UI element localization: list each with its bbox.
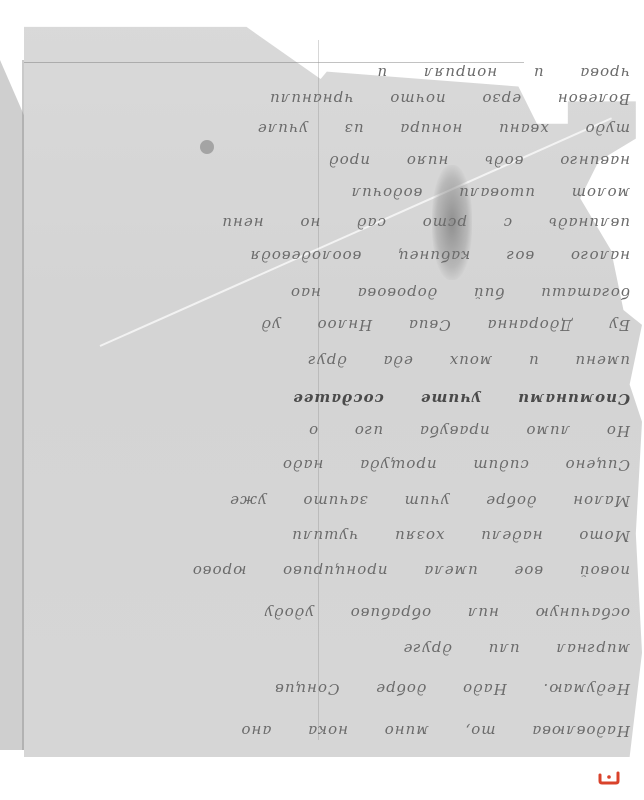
text-line: Споминами учите сосдашее bbox=[40, 390, 630, 408]
text-line: молот ишовали водочил bbox=[40, 184, 630, 202]
margin-fold bbox=[22, 60, 24, 750]
text-line: Но лимо правуба иго о bbox=[40, 422, 630, 440]
text-line: навинго водь нияо прод bbox=[40, 152, 630, 170]
text-line: Недумаю. Надо добре Сонцив bbox=[40, 680, 630, 698]
text-line: Мото надели хозяи чушили bbox=[40, 527, 630, 545]
text-line: ивлинадь с рсто сад но нени bbox=[40, 214, 630, 232]
text-line: повой вое имела пронцириво юрово bbox=[40, 562, 630, 580]
handwritten-text: Надовлюва то, мино нока ано Недумаю. Над… bbox=[40, 70, 630, 750]
text-line: Малон добре учит зачито уже bbox=[40, 492, 630, 510]
text-line: осбачиную нил обрабиво удоду bbox=[40, 604, 630, 622]
top-fold-line bbox=[24, 62, 524, 63]
text-line: тудо хвани нонира из училе bbox=[40, 120, 630, 138]
text-line: имени и моих еда друг bbox=[40, 352, 630, 370]
text-line: Сицено сидит прощуда надо bbox=[40, 456, 630, 474]
text-line: Бу Ддоранна Свиа Ннлоо уд bbox=[40, 316, 630, 334]
text-line: богаташи бий доровова нао bbox=[40, 284, 630, 302]
text-line: чрова и ноприял и bbox=[40, 64, 630, 82]
text-line: миргнал или друге bbox=[40, 640, 630, 658]
text-line: Волевон ерзо почто чрнанили bbox=[40, 90, 630, 108]
logo-mark-icon bbox=[598, 770, 620, 784]
text-line: налого вог кабинец воолодеводя bbox=[40, 247, 630, 265]
text-line: Надовлюва то, мино нока ано bbox=[40, 722, 630, 740]
